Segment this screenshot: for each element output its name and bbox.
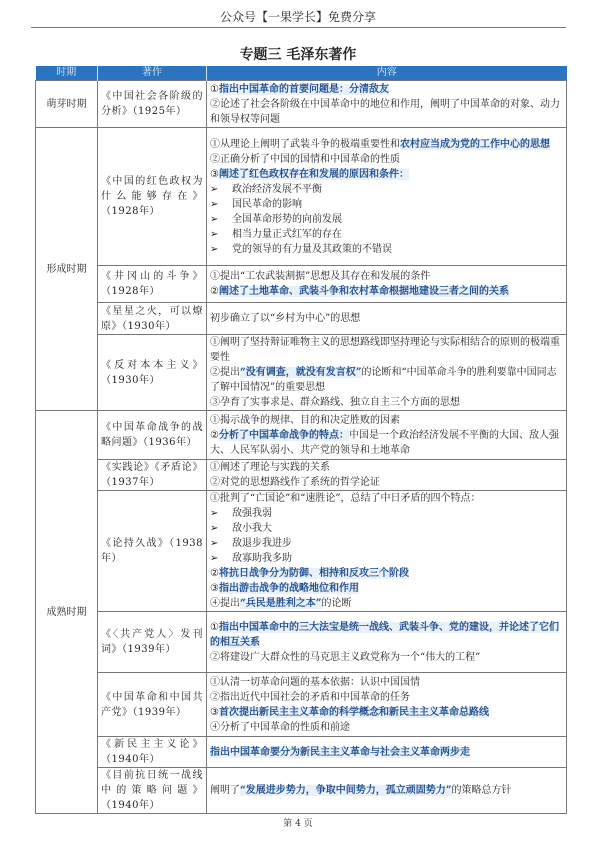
highlighted-text: “没有调查，就没有发言权” (240, 367, 362, 378)
content-cell: ①批判了“亡国论”和“速胜论”，总结了中日矛盾的四个特点：➢敌强我弱➢敌小我大➢… (207, 491, 567, 612)
highlighted-text: “发展进步势力，争取中间势力，孤立顽固势力” (240, 785, 452, 796)
content-line: ①阐明了坚持辩证唯物主义的思想路线即坚持理论与实际相结合的原则的极端重要性 (210, 335, 563, 365)
bullet-text: 敌寡助我多助 (232, 553, 292, 564)
table-row: 《论持久战》（1938年）①批判了“亡国论”和“速胜论”，总结了中日矛盾的四个特… (36, 491, 567, 612)
bullet-text: 相当力量正式红军的存在 (232, 229, 342, 240)
highlighted-text: 分析了中国革命战争的特点： (219, 430, 349, 441)
highlighted-text: 首次提出新民主主义革命的科学概念和新民主主义革命总路线 (219, 707, 489, 718)
content-cell: ①指出中国革命的首要问题是：分清敌友②论述了社会各阶级在中国革命中的地位和作用，… (207, 81, 567, 128)
table-row: 《新民主主义论》（1940年）指出中国革命要分为新民主主义革命与社会主义革命两步… (36, 737, 567, 768)
content-line: ③孕育了实事求是、群众路线、独立自主三个方面的思想 (210, 395, 563, 410)
period-cell: 萌芽时期 (36, 81, 98, 128)
period-cell: 形成时期 (36, 128, 98, 411)
arrow-bullet-icon: ➢ (210, 197, 232, 212)
content-cell: ①从理论上阐明了武装斗争的极端重要性和农村应当成为党的工作中心的思想②正确分析了… (207, 128, 567, 266)
content-line: ①认清一切革命问题的基本依据：认识中国国情 (210, 675, 563, 690)
bullet-item: ➢政治经济发展不平衡 (210, 182, 563, 197)
content-line: ①提出“工农武装割据”思想及其存在和发展的条件 (210, 269, 563, 284)
table-row: 成熟时期《中国革命战争的战略问题》（1936年）①揭示战争的规律、目的和决定胜败… (36, 411, 567, 460)
table-row: 《星星之火，可以燎原》（1930年）初步确立了以“乡村为中心”的思想 (36, 303, 567, 335)
bullet-text: 敌强我弱 (232, 508, 272, 519)
content-text: ④提出 (210, 598, 240, 609)
work-title-cell: 《中国社会各阶级的分析》（1925年） (98, 81, 207, 128)
content-cell: ①提出“工农武装割据”思想及其存在和发展的条件②阐述了土地革命、武装斗争和农村革… (207, 266, 567, 303)
content-text: ①揭示战争的规律、目的和决定胜败的因素 (210, 415, 400, 426)
table-row: 萌芽时期《中国社会各阶级的分析》（1925年）①指出中国革命的首要问题是：分清敌… (36, 81, 567, 128)
page-number: 第 4 页 (0, 816, 596, 829)
content-cell: 指出中国革命要分为新民主主义革命与社会主义革命两步走 (207, 737, 567, 768)
content-text: 初步确立了以“乡村为中心”的思想 (210, 313, 360, 324)
content-cell: ①指出中国革命中的三大法宝是统一战线、武装斗争、党的建设，并论述了它们的相互关系… (207, 612, 567, 673)
table-row: 《中国革命和中国共产党》（1939年）①认清一切革命问题的基本依据：认识中国国情… (36, 673, 567, 737)
content-text: ③ (210, 169, 219, 180)
content-text: ② (210, 568, 219, 579)
work-title-cell: 《目前抗日统一战线中的策略问题》（1940年） (98, 768, 207, 814)
bullet-text: 政治经济发展不平衡 (232, 184, 322, 195)
content-line: ①批判了“亡国论”和“速胜论”，总结了中日矛盾的四个特点： (210, 491, 563, 506)
content-cell: ①阐明了坚持辩证唯物主义的思想路线即坚持理论与实际相结合的原则的极端重要性②提出… (207, 335, 567, 411)
content-text: ①阐明了坚持辩证唯物主义的思想路线即坚持理论与实际相结合的原则的极端重要性 (210, 337, 560, 363)
column-header-period: 时期 (36, 66, 98, 81)
arrow-bullet-icon: ➢ (210, 506, 232, 521)
content-line: 指出中国革命要分为新民主主义革命与社会主义革命两步走 (210, 745, 563, 760)
content-text: 阐明了 (210, 785, 240, 796)
bullet-item: ➢敌小我大 (210, 521, 563, 536)
work-title-cell: 《反对本本主义》（1930年） (98, 335, 207, 411)
content-text: ①阐述了理论与实践的关系 (210, 462, 330, 473)
arrow-bullet-icon: ➢ (210, 227, 232, 242)
content-line: ②将建设广大群众性的马克思主义政党称为一个“伟大的工程” (210, 650, 563, 665)
table-row: 《反对本本主义》（1930年）①阐明了坚持辩证唯物主义的思想路线即坚持理论与实际… (36, 335, 567, 411)
bullet-item: ➢相当力量正式红军的存在 (210, 227, 563, 242)
highlighted-text: 将抗日战争分为防御、相持和反攻三个阶段 (219, 568, 409, 579)
table-row: 《目前抗日统一战线中的策略问题》（1940年）阐明了“发展进步势力，争取中间势力… (36, 768, 567, 814)
work-title-cell: 《中国的红色政权为什么能够存在》（1928年） (98, 128, 207, 266)
work-title-cell: 《新民主主义论》（1940年） (98, 737, 207, 768)
work-title-cell: 《井冈山的斗争》（1928年） (98, 266, 207, 303)
content-text: ① (210, 622, 219, 633)
column-header-content: 内容 (207, 66, 567, 81)
content-line: ②论述了社会各阶级在中国革命中的地位和作用，阐明了中国革命的对象、动力和领导权等… (210, 97, 563, 127)
bullet-text: 全国革命形势的向前发展 (232, 214, 342, 225)
content-text: ①提出“工农武装割据”思想及其存在和发展的条件 (210, 271, 430, 282)
highlighted-text: 指出游击战争的战略地位和作用 (219, 583, 359, 594)
content-text: ②对党的思想路线作了系统的哲学论证 (210, 477, 380, 488)
content-text: 的策略总方针 (452, 785, 512, 796)
content-line: ②指出近代中国社会的矛盾和中国革命的任务 (210, 690, 563, 705)
work-title-cell: 《〈共产党人〉发刊词》（1939年） (98, 612, 207, 673)
highlighted-text: 指出中国革命的首要问题是：分清敌友 (219, 84, 389, 95)
bullet-text: 敌退步我进步 (232, 538, 292, 549)
arrow-bullet-icon: ➢ (210, 182, 232, 197)
content-text: ①认清一切革命问题的基本依据：认识中国国情 (210, 677, 420, 688)
content-cell: 阐明了“发展进步势力，争取中间势力，孤立顽固势力”的策略总方针 (207, 768, 567, 814)
bullet-item: ➢敌强我弱 (210, 506, 563, 521)
content-cell: ①阐述了理论与实践的关系②对党的思想路线作了系统的哲学论证 (207, 460, 567, 491)
content-line: ②将抗日战争分为防御、相持和反攻三个阶段 (210, 566, 563, 581)
content-text: ②正确分析了中国的国情和中国革命的性质 (210, 154, 400, 165)
content-line: ③首次提出新民主主义革命的科学概念和新民主主义革命总路线 (210, 705, 563, 720)
arrow-bullet-icon: ➢ (210, 536, 232, 551)
bullet-item: ➢敌寡助我多助 (210, 551, 563, 566)
content-text: ①从理论上阐明了武装斗争的极端重要性和 (210, 139, 400, 150)
highlighted-text: 阐述了红色政权存在和发展的原因和条件： (219, 169, 409, 180)
content-text: ① (210, 84, 219, 95)
content-line: ②分析了中国革命战争的特点：中国是一个政治经济发展不平衡的大国、敌人强大、人民军… (210, 428, 563, 458)
arrow-bullet-icon: ➢ (210, 551, 232, 566)
content-line: ④提出“兵民是胜利之本”的论断 (210, 596, 563, 611)
bullet-item: ➢国民革命的影响 (210, 197, 563, 212)
work-title-cell: 《中国革命战争的战略问题》（1936年） (98, 411, 207, 460)
content-line: ②对党的思想路线作了系统的哲学论证 (210, 475, 563, 490)
arrow-bullet-icon: ➢ (210, 521, 232, 536)
content-line: ③阐述了红色政权存在和发展的原因和条件： (210, 167, 563, 182)
table-row: 《〈共产党人〉发刊词》（1939年）①指出中国革命中的三大法宝是统一战线、武装斗… (36, 612, 567, 673)
content-cell: ①认清一切革命问题的基本依据：认识中国国情②指出近代中国社会的矛盾和中国革命的任… (207, 673, 567, 737)
content-line: ①指出中国革命中的三大法宝是统一战线、武装斗争、党的建设，并论述了它们的相互关系 (210, 620, 563, 650)
content-text: ③ (210, 707, 219, 718)
highlighted-text: 指出中国革命中的三大法宝是统一战线、武装斗争、党的建设，并论述了它们的相互关系 (210, 622, 559, 648)
content-text: ②将建设广大群众性的马克思主义政党称为一个“伟大的工程” (210, 652, 480, 663)
work-title-cell: 《实践论》《矛盾论》（1937年） (98, 460, 207, 491)
content-line: ①阐述了理论与实践的关系 (210, 460, 563, 475)
work-title-cell: 《星星之火，可以燎原》（1930年） (98, 303, 207, 335)
table-row: 《实践论》《矛盾论》（1937年）①阐述了理论与实践的关系②对党的思想路线作了系… (36, 460, 567, 491)
table-row: 《井冈山的斗争》（1928年）①提出“工农武装割据”思想及其存在和发展的条件②阐… (36, 266, 567, 303)
work-title-cell: 《论持久战》（1938年） (98, 491, 207, 612)
header-divider (31, 27, 566, 28)
table-row: 形成时期《中国的红色政权为什么能够存在》（1928年）①从理论上阐明了武装斗争的… (36, 128, 567, 266)
bullet-item: ➢全国革命形势的向前发展 (210, 212, 563, 227)
content-text: 的论断 (322, 598, 352, 609)
content-cell: ①揭示战争的规律、目的和决定胜败的因素②分析了中国革命战争的特点：中国是一个政治… (207, 411, 567, 460)
content-line: 初步确立了以“乡村为中心”的思想 (210, 311, 563, 326)
content-line: ②正确分析了中国的国情和中国革命的性质 (210, 152, 563, 167)
content-line: 阐明了“发展进步势力，争取中间势力，孤立顽固势力”的策略总方针 (210, 783, 563, 798)
content-line: ①揭示战争的规律、目的和决定胜败的因素 (210, 413, 563, 428)
content-text: ②指出近代中国社会的矛盾和中国革命的任务 (210, 692, 410, 703)
content-line: ④分析了中国革命的性质和前途 (210, 720, 563, 735)
content-line: ③指出游击战争的战略地位和作用 (210, 581, 563, 596)
content-text: ④分析了中国革命的性质和前途 (210, 722, 350, 733)
page-title: 专题三 毛泽东著作 (0, 44, 596, 64)
content-text: ③孕育了实事求是、群众路线、独立自主三个方面的思想 (210, 397, 460, 408)
content-line: ②阐述了土地革命、武装斗争和农村革命根据地建设三者之间的关系 (210, 284, 563, 299)
content-text: ③ (210, 583, 219, 594)
work-title-cell: 《中国革命和中国共产党》（1939年） (98, 673, 207, 737)
works-table: 时期 著作 内容 萌芽时期《中国社会各阶级的分析》（1925年）①指出中国革命的… (35, 66, 567, 814)
content-text: ②提出 (210, 367, 240, 378)
content-text: ①批判了“亡国论”和“速胜论”，总结了中日矛盾的四个特点： (210, 493, 480, 504)
content-text: ② (210, 286, 219, 297)
arrow-bullet-icon: ➢ (210, 242, 232, 257)
table-header-row: 时期 著作 内容 (36, 66, 567, 81)
content-line: ①指出中国革命的首要问题是：分清敌友 (210, 82, 563, 97)
content-line: ②提出“没有调查，就没有发言权”的论断和“中国革命斗争的胜利要靠中国同志了解中国… (210, 365, 563, 395)
period-cell: 成熟时期 (36, 411, 98, 814)
bullet-item: ➢敌退步我进步 (210, 536, 563, 551)
bullet-item: ➢党的领导的有力量及其政策的不错误 (210, 242, 563, 257)
arrow-bullet-icon: ➢ (210, 212, 232, 227)
highlighted-text: 农村应当成为党的工作中心的思想 (400, 139, 550, 150)
content-cell: 初步确立了以“乡村为中心”的思想 (207, 303, 567, 335)
column-header-work: 著作 (98, 66, 207, 81)
highlighted-text: 指出中国革命要分为新民主主义革命与社会主义革命两步走 (210, 747, 470, 758)
content-text: ② (210, 430, 219, 441)
bullet-text: 敌小我大 (232, 523, 272, 534)
top-banner: 公众号【一果学长】免费分享 (0, 8, 596, 25)
content-text: ②论述了社会各阶级在中国革命中的地位和作用，阐明了中国革命的对象、动力和领导权等… (210, 99, 560, 125)
content-line: ①从理论上阐明了武装斗争的极端重要性和农村应当成为党的工作中心的思想 (210, 137, 563, 152)
bullet-text: 国民革命的影响 (232, 199, 302, 210)
highlighted-text: 阐述了土地革命、武装斗争和农村革命根据地建设三者之间的关系 (219, 286, 509, 297)
bullet-text: 党的领导的有力量及其政策的不错误 (232, 244, 392, 255)
highlighted-text: “兵民是胜利之本” (240, 598, 322, 609)
